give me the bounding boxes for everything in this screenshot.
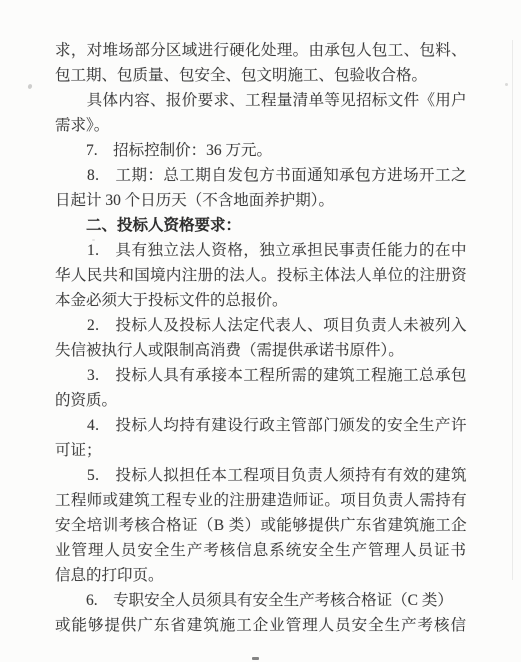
- text-line: 求，对堆场部分区域进行硬化处理。由承包人包工、包料、: [55, 38, 467, 63]
- text-line-content: 工程师或建筑工程专业的注册建造师证。项目负责人需持有: [55, 492, 467, 509]
- text-line-content: 4. 投标人均持有建设行政主管部门颁发的安全生产许: [55, 417, 467, 434]
- scan-speck: [505, 83, 508, 86]
- text-line: 安全培训考核合格证（B 类）或能够提供广东省建筑施工企: [55, 513, 467, 538]
- text-line-content: 或能够提供广东省建筑施工企业管理人员安全生产考核信: [55, 617, 467, 634]
- text-line-content: 5. 投标人拟担任本工程项目负责人须持有有效的建筑: [55, 467, 467, 484]
- text-line: 具体内容、报价要求、工程量清单等见招标文件《用户: [55, 88, 467, 113]
- text-line-content: 2. 投标人及投标人法定代表人、项目负责人未被列入: [55, 317, 467, 334]
- text-line: 3. 投标人具有承接本工程所需的建筑工程施工总承包: [55, 363, 467, 388]
- text-line-content: 本金必须大于投标文件的总报价。: [55, 292, 288, 309]
- text-line-content: 信息的打印页。: [55, 567, 164, 584]
- text-line-content: 华人民共和国境内注册的法人。投标主体法人单位的注册资: [55, 267, 467, 284]
- text-line: 7. 招标控制价：36 万元。: [55, 138, 467, 163]
- text-line-content: 可证；: [55, 442, 102, 459]
- text-line: 失信被执行人或限制高消费（需提供承诺书原件）。: [55, 338, 467, 363]
- text-line-content: 6. 专职安全人员须具有安全生产考核合格证（C 类）: [55, 592, 453, 609]
- text-line-content: 业管理人员安全生产考核信息系统安全生产管理人员证书: [55, 542, 467, 559]
- text-line: 或能够提供广东省建筑施工企业管理人员安全生产考核信: [55, 613, 467, 638]
- text-line: 二、投标人资格要求：: [55, 213, 467, 238]
- text-line-content: 二、投标人资格要求：: [55, 217, 241, 234]
- text-line: 1. 具有独立法人资格，独立承担民事责任能力的在中: [55, 238, 467, 263]
- text-line: 5. 投标人拟担任本工程项目负责人须持有有效的建筑: [55, 463, 467, 488]
- text-line: 8. 工期：总工期自发包方书面通知承包方进场开工之: [55, 163, 467, 188]
- text-line: 包工期、包质量、包安全、包文明施工、包验收合格。: [55, 63, 467, 88]
- text-line: 华人民共和国境内注册的法人。投标主体法人单位的注册资: [55, 263, 467, 288]
- scan-speck: [27, 83, 33, 89]
- text-line-content: 的资质。: [55, 392, 117, 409]
- text-line-content: 1. 具有独立法人资格，独立承担民事责任能力的在中: [55, 242, 467, 259]
- text-line-content: 日起计 30 个日历天（不含地面养护期）。: [55, 192, 334, 209]
- text-line: 可证；: [55, 438, 467, 463]
- text-line: 业管理人员安全生产考核信息系统安全生产管理人员证书: [55, 538, 467, 563]
- text-line-content: 7. 招标控制价：36 万元。: [55, 142, 272, 159]
- text-line-content: 失信被执行人或限制高消费（需提供承诺书原件）。: [55, 342, 404, 359]
- text-line: 信息的打印页。: [55, 563, 467, 588]
- document-page: 求，对堆场部分区域进行硬化处理。由承包人包工、包料、包工期、包质量、包安全、包文…: [0, 0, 521, 662]
- scan-edge-line: [512, 40, 513, 580]
- page-number-partial: [252, 657, 259, 660]
- text-line: 的资质。: [55, 388, 467, 413]
- scan-speck: [92, 239, 95, 241]
- text-line: 本金必须大于投标文件的总报价。: [55, 288, 467, 313]
- text-line: 工程师或建筑工程专业的注册建造师证。项目负责人需持有: [55, 488, 467, 513]
- text-line-content: 安全培训考核合格证（B 类）或能够提供广东省建筑施工企: [55, 517, 467, 534]
- text-line-content: 需求》。: [55, 117, 109, 134]
- text-line: 2. 投标人及投标人法定代表人、项目负责人未被列入: [55, 313, 467, 338]
- text-line-content: 3. 投标人具有承接本工程所需的建筑工程施工总承包: [55, 367, 467, 384]
- text-line-content: 8. 工期：总工期自发包方书面通知承包方进场开工之: [55, 167, 467, 184]
- text-lines: 求，对堆场部分区域进行硬化处理。由承包人包工、包料、包工期、包质量、包安全、包文…: [55, 38, 467, 638]
- text-line-content: 具体内容、报价要求、工程量清单等见招标文件《用户: [55, 92, 467, 109]
- text-line: 6. 专职安全人员须具有安全生产考核合格证（C 类）: [55, 588, 467, 613]
- text-line: 需求》。: [55, 113, 467, 138]
- text-line: 日起计 30 个日历天（不含地面养护期）。: [55, 188, 467, 213]
- text-line: 4. 投标人均持有建设行政主管部门颁发的安全生产许: [55, 413, 467, 438]
- text-line-content: 求，对堆场部分区域进行硬化处理。由承包人包工、包料、: [55, 42, 467, 59]
- text-line-content: 包工期、包质量、包安全、包文明施工、包验收合格。: [55, 67, 427, 84]
